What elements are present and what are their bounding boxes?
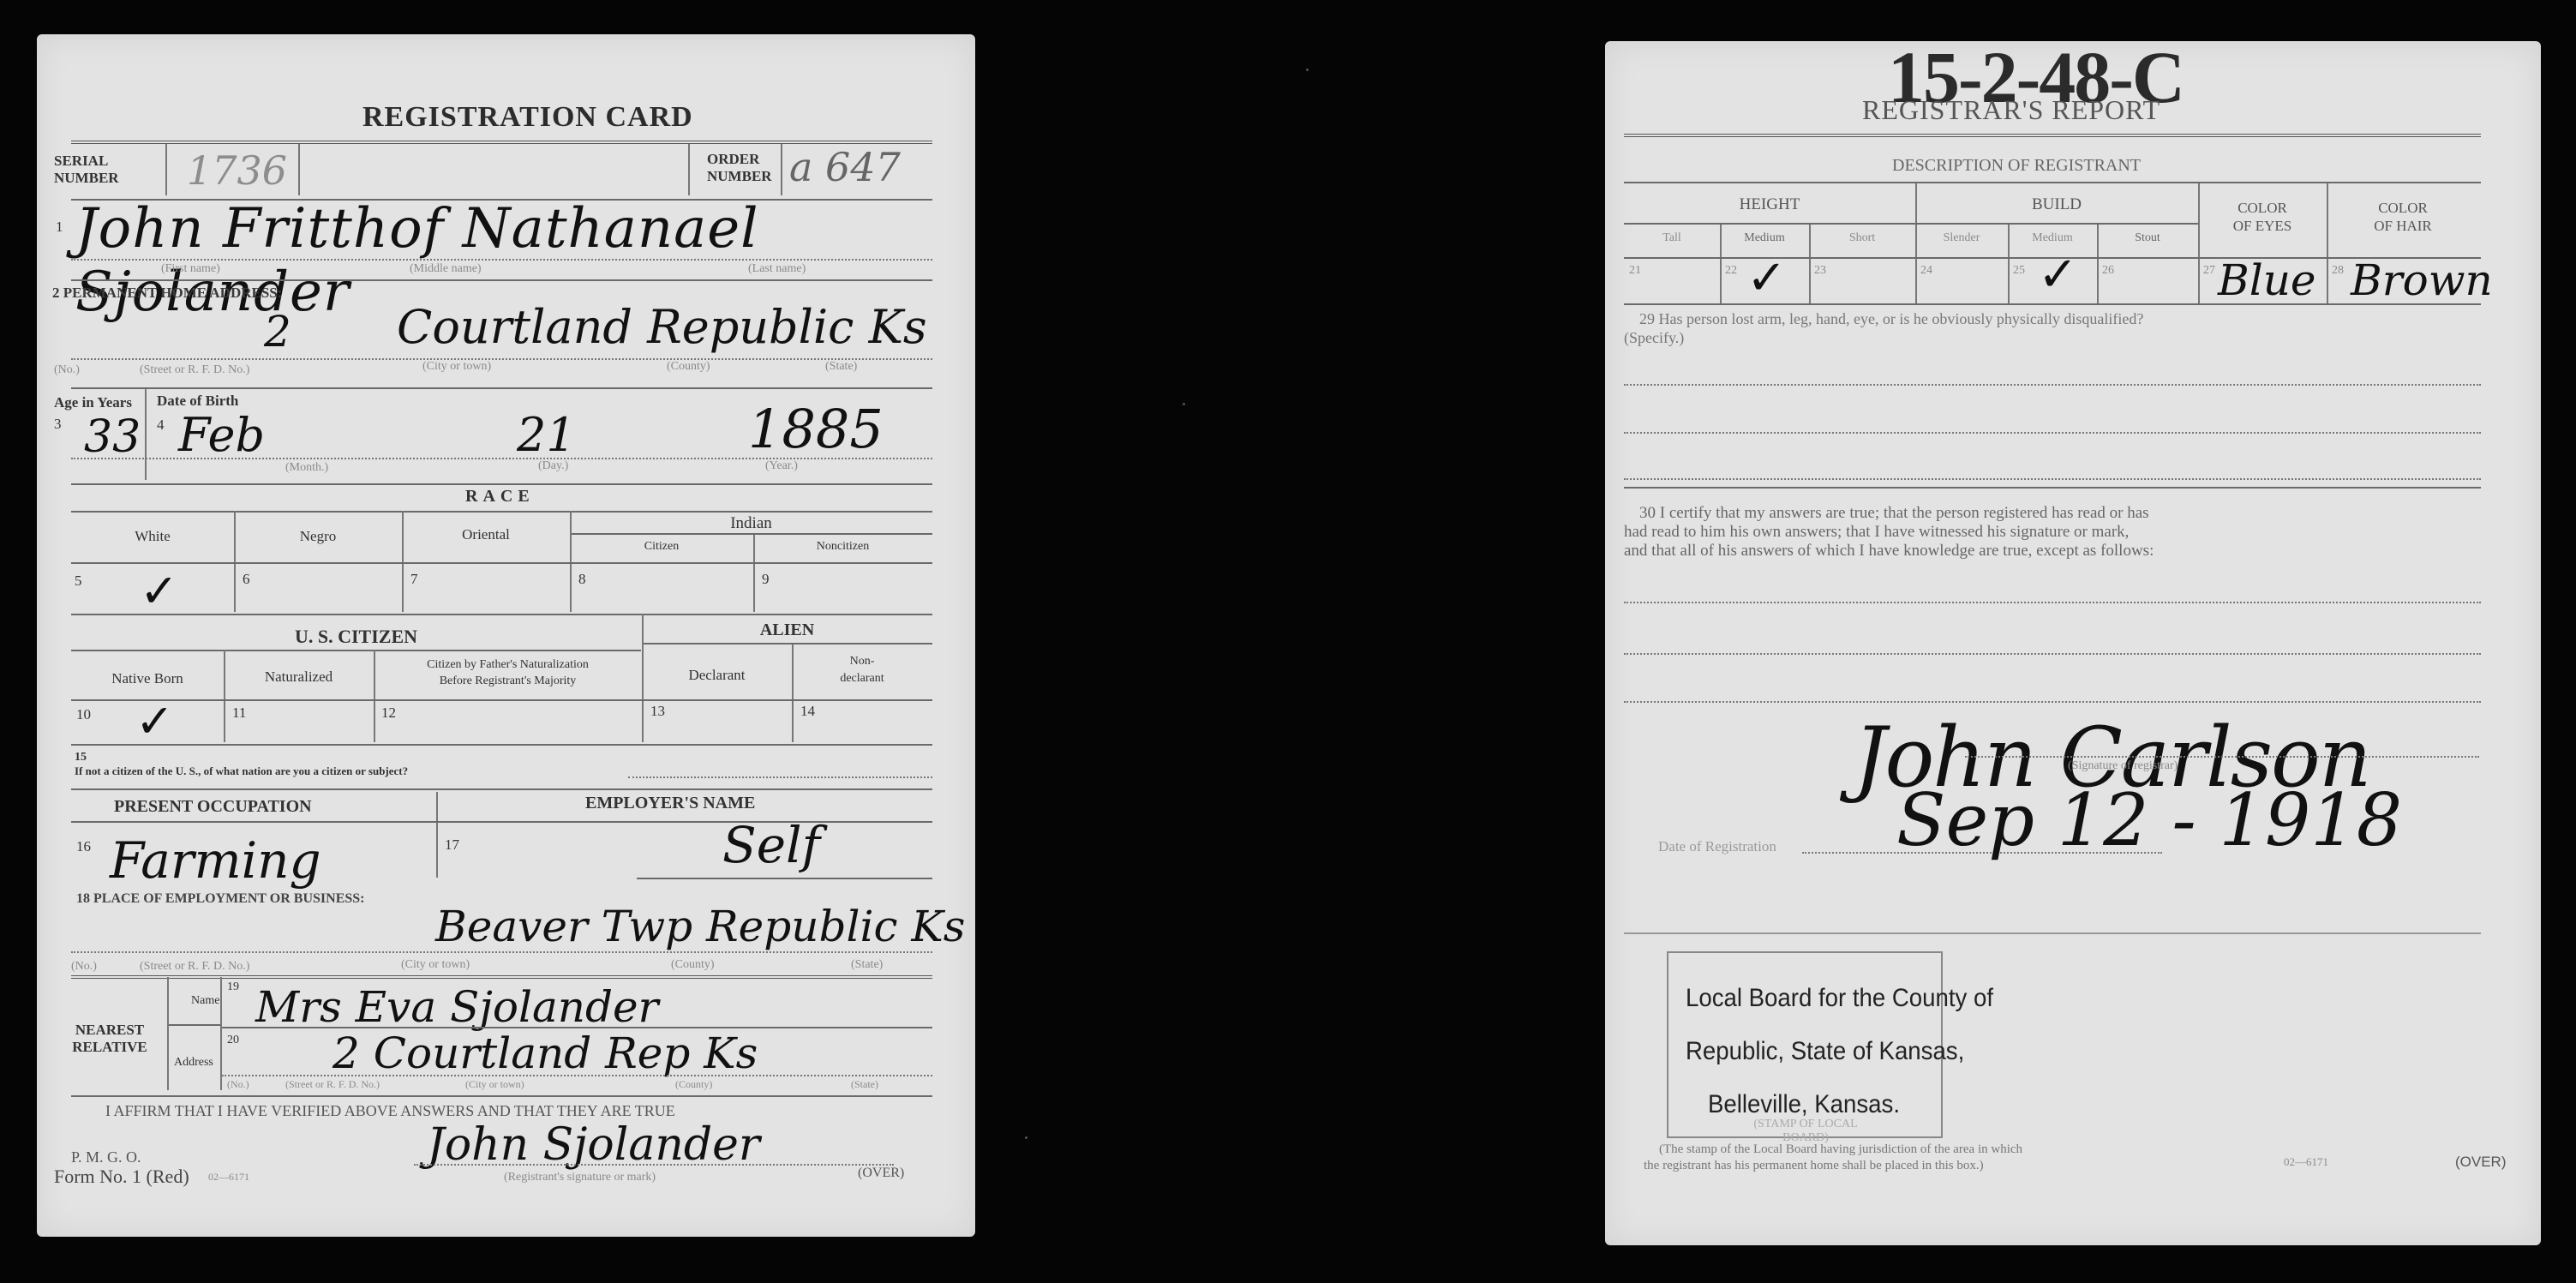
divider <box>71 562 932 564</box>
field-number: 4 <box>157 417 165 434</box>
question-30-line1: 30 I certify that my answers are true; t… <box>1639 504 2154 523</box>
field-number: 1 <box>56 219 63 236</box>
build-col-medium: Medium <box>2008 231 2097 245</box>
field-number: 26 <box>2102 264 2114 278</box>
description-header: DESCRIPTION OF REGISTRANT <box>1892 156 2141 176</box>
divider <box>71 483 932 485</box>
dust-speck <box>1183 403 1185 405</box>
hair-color-header: COLOR OF HAIR <box>2327 199 2479 235</box>
field-number: 20 <box>227 1034 239 1047</box>
serial-label-line2: NUMBER <box>54 170 119 187</box>
divider <box>781 144 782 195</box>
over-label: (OVER) <box>2455 1154 2507 1171</box>
divider <box>71 387 932 389</box>
height-medium-checkmark: ✓ <box>1746 250 1787 306</box>
rel-label-state: (State) <box>851 1078 878 1091</box>
field-number: 28 <box>2332 264 2344 278</box>
question-29-specify: (Specify.) <box>1624 329 1684 347</box>
hair-header-line1: COLOR <box>2327 199 2479 217</box>
alien-col-nondeclarant: Non- declarant <box>792 653 932 687</box>
divider <box>572 533 932 535</box>
build-medium-checkmark: ✓ <box>2038 247 2078 303</box>
alien-col-line1: Non- <box>792 653 932 670</box>
nearest-relative-label: NEAREST RELATIVE <box>54 1022 165 1056</box>
divider <box>220 977 222 1090</box>
field-number: 12 <box>381 704 396 722</box>
order-number-label: ORDER NUMBER <box>707 151 772 185</box>
registrar-report-card: 15-2-48-C REGISTRAR'S REPORT DESCRIPTION… <box>1605 41 2541 1245</box>
relative-name-value: Mrs Eva Sjolander <box>255 982 658 1032</box>
field-number: 17 <box>445 836 459 854</box>
occupation-value: Farming <box>110 831 321 890</box>
day-label: (Day.) <box>538 459 568 473</box>
dotted-line <box>414 1164 894 1166</box>
order-number-value: a 647 <box>789 144 901 190</box>
order-label-line2: NUMBER <box>707 168 772 185</box>
relative-address-label: Address <box>174 1056 213 1070</box>
print-code: 02—6171 <box>208 1171 249 1184</box>
field-number: 6 <box>243 571 250 588</box>
emp-label-no: (No.) <box>71 960 97 974</box>
hair-header-line2: OF HAIR <box>2327 217 2479 235</box>
emp-label-state: (State) <box>851 958 883 972</box>
us-citizen-header: U. S. CITIZEN <box>71 626 641 648</box>
divider <box>688 144 690 195</box>
build-header: BUILD <box>1915 195 2198 214</box>
divider <box>1624 932 2481 934</box>
footnote-line2: the registrant has his permanent home sh… <box>1644 1158 2158 1174</box>
report-title: REGISTRAR'S REPORT <box>1862 94 2160 126</box>
over-label: (OVER) <box>858 1166 904 1181</box>
field-number: 27 <box>2203 264 2215 278</box>
field-number: 7 <box>410 571 418 588</box>
middle-name-label: (Middle name) <box>410 262 482 276</box>
divider <box>224 650 225 742</box>
alien-header: ALIEN <box>642 621 932 640</box>
nearest-relative-line1: NEAREST <box>54 1022 165 1039</box>
field-number: 23 <box>1814 264 1826 278</box>
rel-label-no: (No.) <box>227 1078 249 1091</box>
divider <box>165 144 167 195</box>
dob-day: 21 <box>517 408 576 462</box>
citizen-col-line1: Citizen by Father's Naturalization <box>374 656 642 673</box>
dotted-line <box>1624 432 2481 434</box>
addr-label-no: (No.) <box>54 363 80 377</box>
occupation-header: PRESENT OCCUPATION <box>114 797 312 817</box>
divider <box>169 1024 220 1026</box>
registrant-signature: John Sjolander <box>427 1119 760 1171</box>
race-col-white: White <box>71 528 234 545</box>
divider <box>1624 223 2198 225</box>
build-col-slender: Slender <box>1915 231 2008 245</box>
eye-header-line1: COLOR <box>2198 199 2327 217</box>
dotted-line <box>1965 756 2479 758</box>
field-number: 19 <box>227 980 239 994</box>
eye-header-line2: OF EYES <box>2198 217 2327 235</box>
divider <box>436 792 438 878</box>
question-30-line3: and that all of his answers of which I h… <box>1624 542 2154 561</box>
height-header: HEIGHT <box>1624 195 1915 214</box>
field-number: 16 <box>76 838 91 855</box>
dotted-line <box>71 358 932 360</box>
rel-label-county: (County) <box>675 1078 712 1091</box>
local-board-stamp-box: Local Board for the County of Republic, … <box>1667 951 1943 1138</box>
field-number: 13 <box>650 703 665 720</box>
alien-col-line2: declarant <box>792 670 932 687</box>
age-value: 33 <box>84 411 141 463</box>
dotted-line <box>1624 653 2481 655</box>
dob-label: Date of Birth <box>157 393 238 410</box>
addr-label-street: (Street or R. F. D. No.) <box>140 363 249 377</box>
divider <box>1624 134 2481 137</box>
print-code: 02—6171 <box>2284 1155 2328 1169</box>
dust-speck <box>1306 69 1309 71</box>
home-address-value: Courtland Republic Ks <box>397 300 927 354</box>
field-number: 21 <box>1629 264 1641 278</box>
dotted-line <box>222 1075 932 1076</box>
addr-label-county: (County) <box>667 360 710 374</box>
field-number: 5 <box>75 573 82 590</box>
emp-label-city: (City or town) <box>401 958 470 972</box>
divider <box>1624 182 2481 183</box>
field-number: 3 <box>54 416 62 433</box>
addr-label-state: (State) <box>825 360 857 374</box>
field-number: 11 <box>232 704 246 722</box>
month-label: (Month.) <box>285 461 328 475</box>
field-number: 25 <box>2013 264 2025 278</box>
eye-color-header: COLOR OF EYES <box>2198 199 2327 235</box>
stamp-footnote: (The stamp of the Local Board having jur… <box>1644 1142 2158 1174</box>
build-col-stout: Stout <box>2097 231 2198 245</box>
height-col-medium: Medium <box>1720 231 1809 245</box>
native-born-checkmark: ✓ <box>135 694 174 748</box>
serial-number-label: SERIAL NUMBER <box>54 153 119 187</box>
dob-month: Feb <box>178 408 265 462</box>
eye-color-value: Blue <box>2218 255 2316 305</box>
alien-col-declarant: Declarant <box>642 667 792 684</box>
registration-date-value: Sep 12 - 1918 <box>1896 778 2402 862</box>
divider <box>71 744 932 746</box>
field-number: 15 <box>75 751 87 764</box>
field-number: 24 <box>1920 264 1932 278</box>
divider <box>71 614 932 615</box>
divider <box>298 144 300 195</box>
race-col-oriental: Oriental <box>402 526 570 543</box>
field-number: 9 <box>762 571 770 588</box>
race-white-checkmark: ✓ <box>140 564 178 618</box>
question-29: 29 Has person lost arm, leg, hand, eye, … <box>1639 310 2143 328</box>
field-number: 14 <box>800 703 815 720</box>
race-col-negro: Negro <box>234 528 402 545</box>
card-title: REGISTRATION CARD <box>362 101 693 134</box>
nearest-relative-line2: RELATIVE <box>54 1039 165 1056</box>
dotted-line <box>1624 478 2481 480</box>
employment-place-value: Beaver Twp Republic Ks <box>435 902 965 951</box>
hair-color-value: Brown <box>2351 255 2493 305</box>
stamp-line1: Local Board for the County of <box>1686 972 1922 1025</box>
citizen-col-fathers-naturalization: Citizen by Father's Naturalization Befor… <box>374 656 642 689</box>
race-header: RACE <box>465 487 535 507</box>
employment-place-label: 18 PLACE OF EMPLOYMENT OR BUSINESS: <box>76 891 364 907</box>
rel-label-city: (City or town) <box>465 1078 524 1091</box>
registration-card: REGISTRATION CARD SERIAL NUMBER 1736 ORD… <box>37 34 975 1237</box>
race-col-indian-noncitizen: Noncitizen <box>753 540 932 554</box>
field-number: 8 <box>578 571 586 588</box>
age-label: Age in Years <box>54 394 132 411</box>
dotted-line <box>71 951 932 953</box>
question-30: 30 I certify that my answers are true; t… <box>1639 504 2154 561</box>
registrar-signature-label: (Signature of registrar) <box>2068 759 2178 773</box>
serial-label-line1: SERIAL <box>54 153 119 170</box>
order-label-line1: ORDER <box>707 151 772 168</box>
date-of-registration-label: Date of Registration <box>1658 838 1776 855</box>
divider <box>71 1095 932 1097</box>
height-col-short: Short <box>1809 231 1915 245</box>
dotted-line <box>1624 701 2481 703</box>
citizen-col-naturalized: Naturalized <box>224 668 374 686</box>
dotted-line <box>628 776 932 778</box>
divider <box>637 878 932 879</box>
emp-label-street: (Street or R. F. D. No.) <box>140 960 249 974</box>
dob-year: 1885 <box>748 398 884 460</box>
dust-speck <box>1025 1136 1027 1139</box>
rel-label-street: (Street or R. F. D. No.) <box>285 1078 380 1091</box>
employer-value: Self <box>722 816 820 874</box>
question-30-line2: had read to him his own answers; that I … <box>1624 523 2154 542</box>
local-board-stamp: Local Board for the County of Republic, … <box>1686 972 1922 1131</box>
divider <box>644 643 932 644</box>
dotted-line <box>1624 384 2481 386</box>
divider <box>71 650 641 651</box>
dotted-line <box>71 259 932 261</box>
home-address-number: 2 <box>264 307 291 357</box>
race-col-indian-citizen: Citizen <box>570 540 753 554</box>
pmgo-label: P. M. G. O. <box>71 1148 141 1166</box>
nationality-question: If not a citizen of the U. S., of what n… <box>75 764 408 778</box>
first-name-label: (First name) <box>161 262 220 276</box>
height-col-tall: Tall <box>1624 231 1720 245</box>
employer-header: EMPLOYER'S NAME <box>585 794 755 813</box>
field-number: 22 <box>1725 264 1737 278</box>
citizen-col-line2: Before Registrant's Majority <box>374 673 642 689</box>
divider <box>1624 487 2481 489</box>
form-number: Form No. 1 (Red) <box>54 1166 189 1188</box>
divider <box>234 511 236 612</box>
relative-address-value: 2 Courtland Rep Ks <box>332 1028 758 1078</box>
divider <box>1624 303 2481 305</box>
dotted-line <box>1624 602 2481 603</box>
divider <box>71 511 932 513</box>
home-address-label: 2 PERMANENT HOME ADDRESS: <box>52 285 282 302</box>
divider <box>145 389 147 480</box>
divider <box>71 788 932 790</box>
year-label: (Year.) <box>765 459 798 473</box>
last-name-label: (Last name) <box>748 262 806 276</box>
divider <box>71 975 932 979</box>
addr-label-city: (City or town) <box>422 360 491 374</box>
stamp-line2: Republic, State of Kansas, <box>1686 1025 1922 1078</box>
affirmation-text: I AFFIRM THAT I HAVE VERIFIED ABOVE ANSW… <box>105 1102 675 1120</box>
signature-label: (Registrant's signature or mark) <box>504 1171 656 1184</box>
divider <box>71 279 932 281</box>
dotted-line <box>71 458 932 459</box>
citizen-col-native-born: Native Born <box>71 670 224 687</box>
footnote-line1: (The stamp of the Local Board having jur… <box>1644 1142 2158 1158</box>
divider <box>167 977 169 1090</box>
emp-label-county: (County) <box>671 958 715 972</box>
relative-name-label: Name <box>191 994 219 1008</box>
race-indian-header: Indian <box>570 514 932 533</box>
serial-number-value: 1736 <box>187 147 287 194</box>
field-number: 10 <box>76 706 91 723</box>
divider <box>71 699 932 701</box>
